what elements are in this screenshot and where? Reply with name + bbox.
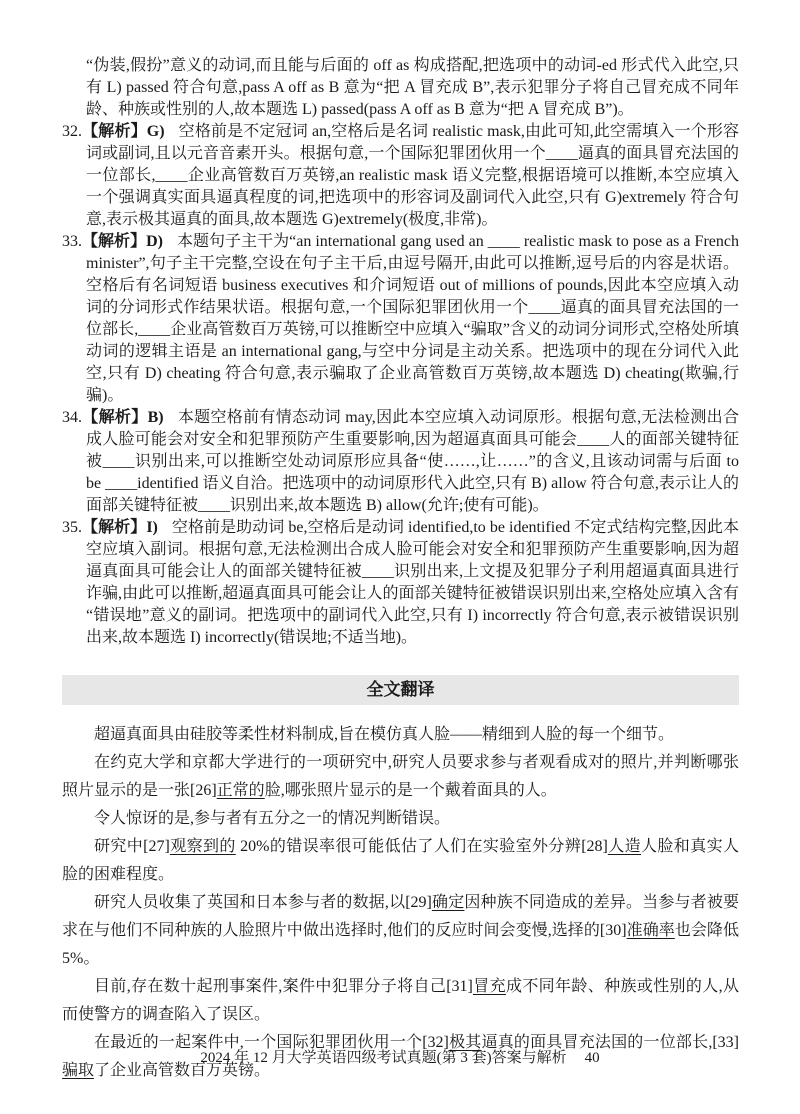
underlined-answer-word: 冒充 (473, 978, 506, 995)
underlined-answer-word: 正常的 (217, 782, 265, 799)
item-body: 空格前是不定冠词 an,空格后是名词 realistic mask,由此可知,此… (86, 123, 739, 228)
translation-paragraph: 在约克大学和京都大学进行的一项研究中,研究人员要求参与者观看成对的照片,并判断哪… (62, 749, 739, 805)
underlined-answer-word: 观察到的 (170, 838, 236, 855)
translation-paragraph: 目前,存在数十起刑事案件,案件中犯罪分子将自己[31]冒充成不同年龄、种族或性别… (62, 973, 739, 1029)
text-segment: 超逼真面具由硅胶等柔性材料制成,旨在模仿真人脸——精细到人脸的每一个细节。 (94, 726, 674, 743)
text-segment: 研究中[27] (94, 838, 170, 855)
page-footer: 2024 年 12 月大学英语四级考试真题(第 3 套)答案与解析40 (0, 1046, 800, 1067)
analysis-item-34: 34.【解析】B)本题空格前有情态动词 may,因此本空应填入动词原形。根据句意… (62, 407, 739, 517)
analysis-item-33: 33.【解析】D)本题句子主干为“an international gang u… (62, 231, 739, 407)
translation-section: 超逼真面具由硅胶等柔性材料制成,旨在模仿真人脸——精细到人脸的每一个细节。 在约… (62, 721, 739, 1085)
item-answer: G) (147, 123, 165, 140)
item-answer: I) (146, 519, 158, 536)
item-number: 35. (62, 519, 82, 536)
translation-paragraph: 令人惊讶的是,参与者有五分之一的情况判断错误。 (62, 805, 739, 833)
item-tag: 【解析】 (82, 519, 146, 536)
analysis-intro-paragraph: “伪装,假扮”意义的动词,而且能与后面的 off as 构成搭配,把选项中的动词… (86, 55, 739, 121)
underlined-answer-word: 准确率 (627, 922, 675, 939)
answer-key-page: “伪装,假扮”意义的动词,而且能与后面的 off as 构成搭配,把选项中的动词… (0, 0, 800, 1114)
item-answer: D) (146, 233, 163, 250)
item-tag: 【解析】 (82, 409, 148, 426)
item-body: 本题句子主干为“an international gang used an __… (86, 233, 739, 404)
translation-paragraph: 研究人员收集了英国和日本参与者的数据,以[29]确定因种族不同造成的差异。当参与… (62, 889, 739, 973)
analysis-section: “伪装,假扮”意义的动词,而且能与后面的 off as 构成搭配,把选项中的动词… (62, 55, 739, 649)
text-segment: 20%的错误率很可能低估了人们在实验室外分辨[28] (236, 838, 608, 855)
underlined-answer-word: 确定 (432, 894, 465, 911)
item-number: 33. (62, 233, 82, 250)
translation-header: 全文翻译 (62, 675, 739, 705)
analysis-item-32: 32.【解析】G)空格前是不定冠词 an,空格后是名词 realistic ma… (62, 121, 739, 231)
footer-page-number: 40 (585, 1050, 600, 1066)
text-segment: 研究人员收集了英国和日本参与者的数据,以[29] (94, 894, 432, 911)
item-body: 空格前是助动词 be,空格后是动词 identified,to be ident… (86, 519, 739, 646)
item-number: 34. (62, 409, 82, 426)
text-segment: 令人惊讶的是,参与者有五分之一的情况判断错误。 (94, 810, 450, 827)
page-content: “伪装,假扮”意义的动词,而且能与后面的 off as 构成搭配,把选项中的动词… (62, 55, 739, 1085)
item-body: 本题空格前有情态动词 may,因此本空应填入动词原形。根据句意,无法检测出合成人… (86, 409, 739, 514)
text-segment: 目前,存在数十起刑事案件,案件中犯罪分子将自己[31] (94, 978, 473, 995)
translation-paragraph: 超逼真面具由硅胶等柔性材料制成,旨在模仿真人脸——精细到人脸的每一个细节。 (62, 721, 739, 749)
item-number: 32. (62, 123, 82, 140)
item-tag: 【解析】 (82, 233, 146, 250)
footer-title: 2024 年 12 月大学英语四级考试真题(第 3 套)答案与解析 (200, 1050, 566, 1066)
translation-paragraph: 研究中[27]观察到的 20%的错误率很可能低估了人们在实验室外分辨[28]人造… (62, 833, 739, 889)
underlined-answer-word: 人造 (608, 838, 641, 855)
item-answer: B) (148, 409, 164, 426)
item-tag: 【解析】 (82, 123, 147, 140)
analysis-item-35: 35.【解析】I)空格前是助动词 be,空格后是动词 identified,to… (62, 517, 739, 649)
text-segment: 脸,哪张照片显示的是一个戴着面具的人。 (265, 782, 557, 799)
